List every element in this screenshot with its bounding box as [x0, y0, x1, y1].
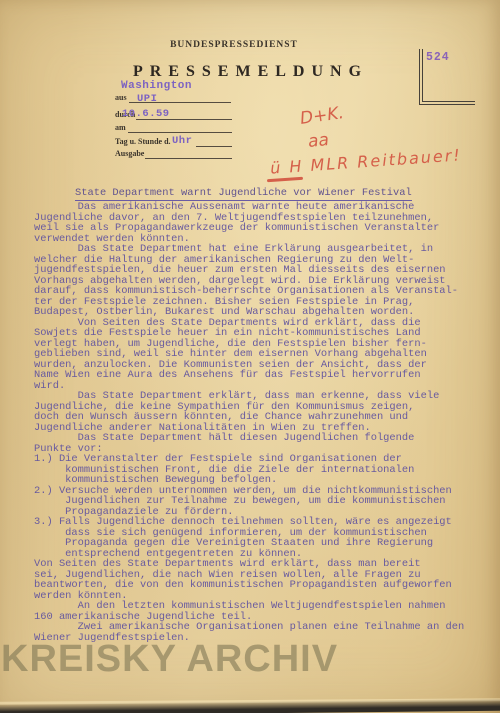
form-field-rule-line	[128, 132, 232, 133]
body-line: doch den Wunsch äussern könnten, die Cha…	[34, 412, 474, 423]
form-field-row: durch 10.6.59	[115, 110, 247, 122]
body-line: beantworten, die von den kommunistischen…	[34, 580, 474, 591]
body-line: Budapest, Ostberlin, Bukarest und Warsch…	[34, 307, 474, 318]
document-type-title: PRESSEMELDUNG	[133, 63, 368, 81]
body-line: Sowjets die Festspiele heuer in ein nich…	[34, 328, 474, 339]
form-field-row: Ausgabe	[115, 149, 247, 161]
corner-bracket-mark	[419, 49, 475, 105]
handwritten-note-aa: aa	[307, 130, 330, 152]
body-line: Das State Department hat eine Erklärung …	[34, 244, 474, 255]
body-line: Von Seiten des State Departments wird er…	[34, 559, 474, 570]
body-line: An den letzten kommunistischen Weltjugen…	[34, 601, 474, 612]
form-field-rule-line	[145, 158, 232, 159]
body-line: Propaganda gegen die Vereinigten Staaten…	[34, 538, 474, 549]
body-line: Das State Department hält diesen Jugendl…	[34, 433, 474, 444]
form-field-typed-value: 10.6.59	[122, 108, 170, 120]
form-field-typed-value: Uhr	[172, 135, 192, 147]
body-line: Jugendlichen zur Teilnahme zu bewegen, u…	[34, 496, 474, 507]
body-line: jugendfestspielen, die heuer zum ersten …	[34, 265, 474, 276]
form-field-label: am	[115, 123, 126, 132]
form-field-row: Tag u. Stunde d. Uhr	[115, 137, 247, 149]
archive-watermark: KREISKY ARCHIV	[1, 638, 338, 681]
article-headline: State Department warnt Jugendliche vor W…	[75, 187, 412, 201]
body-line: Zwei amerikanische Organisationen planen…	[34, 622, 474, 633]
form-field-row: aus UPI	[115, 93, 247, 105]
form-field-label: aus	[115, 93, 127, 102]
body-line: Das amerikanische Aussenamt warnte heute…	[34, 202, 474, 213]
form-field-typed-value: UPI	[137, 93, 157, 105]
handwritten-note-routing: ü H MLR Reitbauer!	[270, 145, 463, 177]
form-field-label: Tag u. Stunde d.	[115, 137, 171, 146]
body-line: Das State Department erklärt, dass man e…	[34, 391, 474, 402]
article-body: Das amerikanische Aussenamt warnte heute…	[34, 202, 474, 643]
form-field-row: am	[115, 123, 247, 135]
body-line: geblieben sind, weil sie hinter dem eise…	[34, 349, 474, 360]
body-line: weil sie als Propagandawerkzeuge der kom…	[34, 223, 474, 234]
body-line: Name Wien eine Aura des Ansehens für das…	[34, 370, 474, 381]
handwritten-note-initials: D+K.	[299, 103, 345, 129]
body-line: kommunistischen Bewegung befolgen.	[34, 475, 474, 486]
form-field-label: Ausgabe	[115, 149, 144, 158]
body-line: 1.) Die Veranstalter der Festspiele sind…	[34, 454, 474, 465]
routing-form: aus UPI durch 10.6.59 am Tag u. Stunde d…	[115, 92, 247, 164]
form-field-rule-line	[196, 146, 232, 147]
scanned-press-release-page: BUNDESPRESSEDIENST 524 PRESSEMELDUNG Was…	[0, 0, 500, 713]
body-line: 3.) Falls Jugendliche dennoch teilnehmen…	[34, 517, 474, 528]
letterhead-agency: BUNDESPRESSEDIENST	[0, 40, 468, 50]
typed-origin-city: Washington	[121, 80, 192, 92]
body-line: darauf, dass kommunistisch-beherrschte O…	[34, 286, 474, 297]
